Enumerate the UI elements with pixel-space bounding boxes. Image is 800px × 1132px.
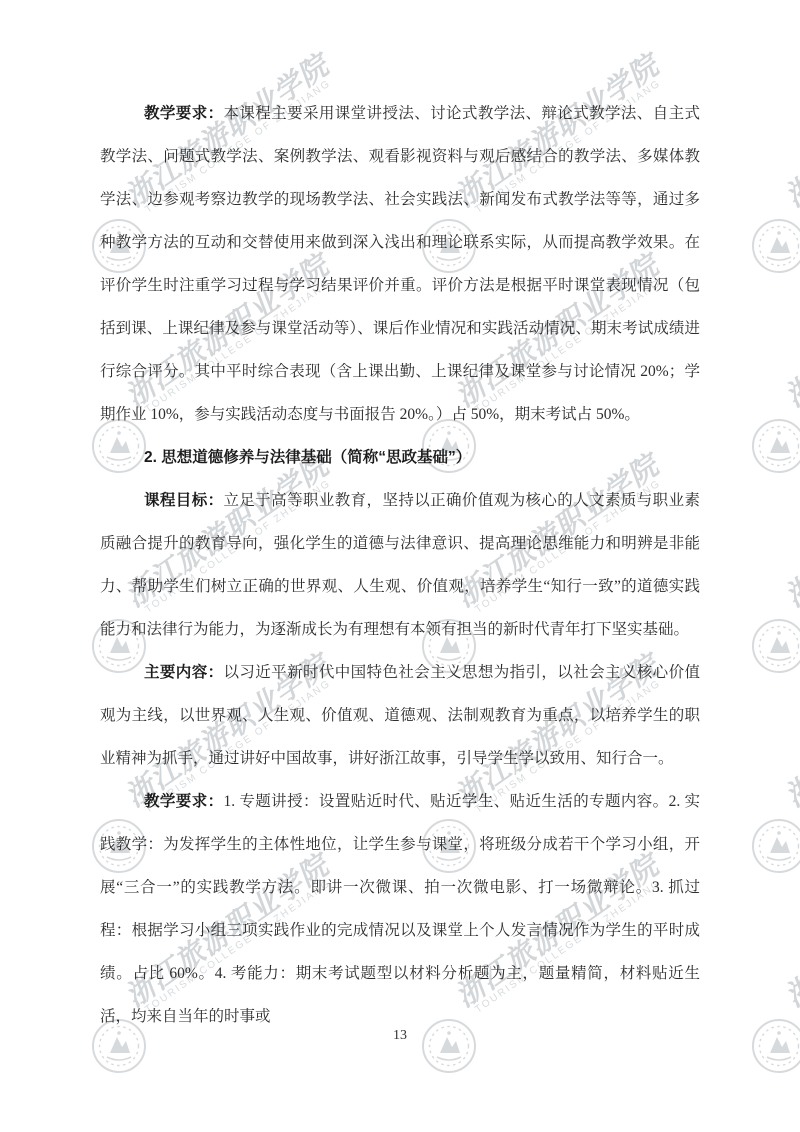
watermark-tile: 浙江旅游职业学院TOURISM COLLEGE OF ZHEJIANG — [795, 290, 800, 460]
paragraph-text: 本课程主要采用课堂讲授法、讨论式教学法、辩论式教学法、自主式教学法、问题式教学法… — [100, 105, 700, 423]
watermark-cn-text: 浙江旅游职业学院 — [776, 444, 800, 615]
paragraph-text: 立足于高等职业教育，坚持以正确价值观为核心的人文素质与职业素质融合提升的教育导向… — [100, 492, 700, 638]
watermark-cn-text: 浙江旅游职业学院 — [776, 844, 800, 1015]
watermark-text: 浙江旅游职业学院TOURISM COLLEGE OF ZHEJIANG — [776, 844, 800, 1020]
watermark-cn-text: 浙江旅游职业学院 — [776, 44, 800, 215]
document-page: 浙江旅游职业学院TOURISM COLLEGE OF ZHEJIANG浙江旅游职… — [0, 0, 800, 1132]
paragraph-label: 课程目标： — [144, 492, 223, 509]
document-content: 教学要求：本课程主要采用课堂讲授法、讨论式教学法、辩论式教学法、自主式教学法、问… — [100, 92, 700, 1038]
college-seal-icon — [751, 1018, 800, 1074]
page-number: 13 — [0, 1028, 800, 1044]
college-seal-icon — [751, 218, 800, 274]
paragraph-teaching-requirements-2: 教学要求：1. 专题讲授：设置贴近时代、贴近学生、贴近生活的专题内容。2. 实践… — [100, 780, 700, 1038]
paragraph-text: 1. 专题讲授：设置贴近时代、贴近学生、贴近生活的专题内容。2. 实践教学：为发… — [100, 793, 700, 1025]
college-seal-icon — [751, 818, 800, 874]
paragraph-course-objectives: 课程目标：立足于高等职业教育，坚持以正确价值观为核心的人文素质与职业素质融合提升… — [100, 479, 700, 651]
college-seal-icon — [751, 418, 800, 474]
section-heading: 2. 思想道德修养与法律基础（简称“思政基础”） — [100, 436, 700, 479]
paragraph-label: 教学要求： — [144, 105, 223, 122]
watermark-tile: 浙江旅游职业学院TOURISM COLLEGE OF ZHEJIANG — [795, 690, 800, 860]
watermark-text: 浙江旅游职业学院TOURISM COLLEGE OF ZHEJIANG — [776, 644, 800, 820]
paragraph-teaching-requirements: 教学要求：本课程主要采用课堂讲授法、讨论式教学法、辩论式教学法、自主式教学法、问… — [100, 92, 700, 436]
college-seal-icon — [751, 618, 800, 674]
watermark-cn-text: 浙江旅游职业学院 — [776, 644, 800, 815]
watermark-text: 浙江旅游职业学院TOURISM COLLEGE OF ZHEJIANG — [776, 444, 800, 620]
watermark-text: 浙江旅游职业学院TOURISM COLLEGE OF ZHEJIANG — [776, 244, 800, 420]
paragraph-label: 主要内容： — [144, 664, 223, 681]
watermark-tile: 浙江旅游职业学院TOURISM COLLEGE OF ZHEJIANG — [795, 490, 800, 660]
paragraph-main-content: 主要内容：以习近平新时代中国特色社会主义思想为指引，以社会主义核心价值观为主线，… — [100, 651, 700, 780]
paragraph-label: 教学要求： — [144, 793, 223, 810]
watermark-text: 浙江旅游职业学院TOURISM COLLEGE OF ZHEJIANG — [776, 44, 800, 220]
watermark-cn-text: 浙江旅游职业学院 — [776, 244, 800, 415]
watermark-tile: 浙江旅游职业学院TOURISM COLLEGE OF ZHEJIANG — [795, 90, 800, 260]
